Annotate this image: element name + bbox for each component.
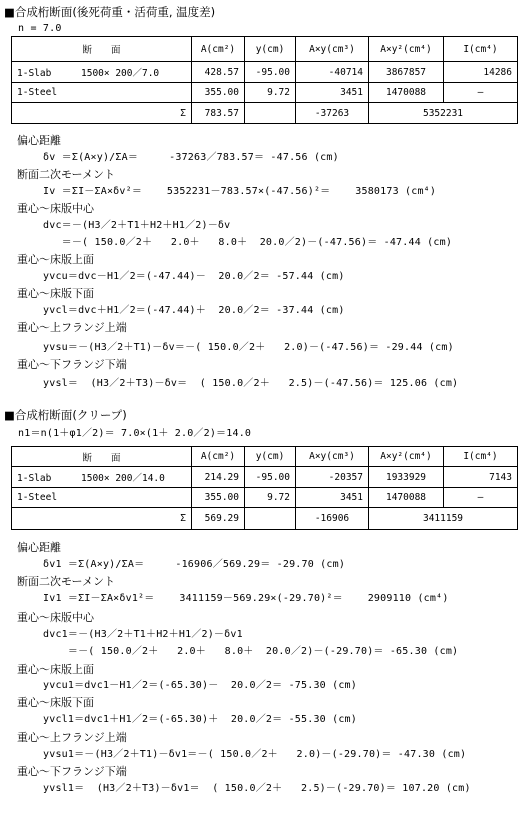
row-dimension: 1500× 200／14.0	[81, 473, 165, 484]
col-header-section: 断 面	[12, 447, 192, 467]
sum-area: 569.29	[192, 508, 245, 530]
calc-formula-slab-top: yvcu1＝dvc1－H1／2＝(-65.30)－ 20.0／2＝ -75.30…	[43, 679, 357, 693]
calc-formula-lower-flange: yvsl1＝ (H3／2＋T3)－δv1＝ ( 150.0／2＋ 2.5)－(-…	[43, 782, 471, 796]
sum-label: Σ	[12, 508, 192, 530]
section2-n1-value: n1＝n(1＋φ1／2)＝ 7.0×(1＋ 2.0／2)＝14.0	[18, 427, 251, 441]
row-ay: -40714	[296, 62, 369, 83]
row-ay2: 1470088	[369, 488, 444, 508]
calc-label-slab-center: 重心～床版中心	[17, 611, 94, 625]
row-name: 1-Slab	[17, 473, 81, 484]
calc-label-upper-flange: 重心～上フランジ上端	[17, 321, 127, 335]
row-ay: 3451	[296, 488, 369, 508]
sum-ay2-i: 3411159	[369, 508, 518, 530]
row-section-cell: 1-Slab1500× 200／14.0	[12, 467, 192, 488]
table-row: 1-Slab1500× 200／14.0 214.29 -95.00 -2035…	[12, 467, 518, 488]
col-header-section: 断 面	[12, 37, 192, 62]
calc-label-lower-flange: 重心～下フランジ下端	[17, 358, 127, 372]
row-y: 9.72	[245, 488, 296, 508]
col-header-area: A(cm²)	[192, 447, 245, 467]
row-section-cell: 1-Steel	[12, 488, 192, 508]
calc-formula-moment-of-inertia: Iv ＝ΣI－ΣA×δv²＝ 5352231－783.57×(-47.56)²＝…	[43, 185, 436, 199]
col-header-y: y(cm)	[245, 37, 296, 62]
sum-label: Σ	[12, 103, 192, 124]
calc-label-eccentricity: 偏心距離	[17, 134, 61, 148]
col-header-ay2: A×y²(cm⁴)	[369, 447, 444, 467]
col-header-ay: A×y(cm³)	[296, 37, 369, 62]
row-name: 1-Slab	[17, 68, 81, 79]
calc-formula-slab-top: yvcu＝dvc－H1／2＝(-47.44)－ 20.0／2＝ -57.44 (…	[43, 270, 345, 284]
calc-formula-slab-bottom: yvcl1＝dvc1＋H1／2＝(-65.30)＋ 20.0／2＝ -55.30…	[43, 713, 357, 727]
row-ay: 3451	[296, 83, 369, 103]
sum-area: 783.57	[192, 103, 245, 124]
calc-label-upper-flange: 重心～上フランジ上端	[17, 731, 127, 745]
sum-y	[245, 103, 296, 124]
calc-formula-lower-flange: yvsl＝ (H3／2＋T3)－δv＝ ( 150.0／2＋ 2.5)－(-47…	[43, 377, 458, 391]
table-row: 1-Steel 355.00 9.72 3451 1470088 —	[12, 488, 518, 508]
calc-label-slab-top: 重心～床版上面	[17, 663, 94, 677]
row-area: 355.00	[192, 83, 245, 103]
section1-n-value: n = 7.0	[18, 22, 62, 36]
row-dimension: 1500× 200／7.0	[81, 68, 159, 79]
calc-formula-slab-center-1: dvc1＝－(H3／2＋T1＋H2＋H1／2)－δv1	[43, 628, 243, 642]
row-area: 428.57	[192, 62, 245, 83]
calc-label-slab-bottom: 重心～床版下面	[17, 696, 94, 710]
calc-formula-upper-flange: yvsu1＝－(H3／2＋T1)－δv1＝－( 150.0／2＋ 2.0)－(-…	[43, 748, 466, 762]
row-ay: -20357	[296, 467, 369, 488]
row-section-cell: 1-Slab1500× 200／7.0	[12, 62, 192, 83]
sum-ay2-i: 5352231	[369, 103, 518, 124]
calc-label-slab-top: 重心～床版上面	[17, 253, 94, 267]
row-area: 355.00	[192, 488, 245, 508]
col-header-i: I(cm⁴)	[444, 37, 518, 62]
col-header-ay: A×y(cm³)	[296, 447, 369, 467]
calc-formula-moment-of-inertia: Iv1 ＝ΣI－ΣA×δv1²＝ 3411159－569.29×(-29.70)…	[43, 592, 449, 606]
row-ay2: 1933929	[369, 467, 444, 488]
calc-formula-slab-center-2: ＝－( 150.0／2＋ 2.0＋ 8.0＋ 20.0／2)－(-29.70)＝…	[43, 645, 458, 659]
row-name: 1-Steel	[17, 87, 81, 98]
row-y: -95.00	[245, 62, 296, 83]
section2-table: 断 面 A(cm²) y(cm) A×y(cm³) A×y²(cm⁴) I(cm…	[11, 446, 518, 530]
row-i: 7143	[444, 467, 518, 488]
col-header-y: y(cm)	[245, 447, 296, 467]
sum-ay: -37263	[296, 103, 369, 124]
calc-formula-upper-flange: yvsu＝－(H3／2＋T1)－δv＝－( 150.0／2＋ 2.0)－(-47…	[43, 341, 454, 355]
calc-label-slab-bottom: 重心～床版下面	[17, 287, 94, 301]
sum-ay: -16906	[296, 508, 369, 530]
col-header-ay2: A×y²(cm⁴)	[369, 37, 444, 62]
calc-formula-slab-bottom: yvcl＝dvc＋H1／2＝(-47.44)＋ 20.0／2＝ -37.44 (…	[43, 304, 345, 318]
section2-title: ■合成桁断面(クリープ)	[4, 408, 127, 422]
calc-label-moment-of-inertia: 断面二次モーメント	[17, 575, 115, 589]
sum-y	[245, 508, 296, 530]
calc-formula-slab-center-2: ＝－( 150.0／2＋ 2.0＋ 8.0＋ 20.0／2)－(-47.56)＝…	[43, 236, 452, 250]
table-row: 1-Slab1500× 200／7.0 428.57 -95.00 -40714…	[12, 62, 518, 83]
row-y: -95.00	[245, 467, 296, 488]
calc-label-lower-flange: 重心～下フランジ下端	[17, 765, 127, 779]
calc-label-slab-center: 重心～床版中心	[17, 202, 94, 216]
calc-label-eccentricity: 偏心距離	[17, 541, 61, 555]
table-sum-row: Σ 783.57 -37263 5352231	[12, 103, 518, 124]
row-section-cell: 1-Steel	[12, 83, 192, 103]
row-i: —	[444, 83, 518, 103]
table-header-row: 断 面 A(cm²) y(cm) A×y(cm³) A×y²(cm⁴) I(cm…	[12, 447, 518, 467]
calc-formula-slab-center-1: dvc＝－(H3／2＋T1＋H2＋H1／2)－δv	[43, 219, 230, 233]
row-name: 1-Steel	[17, 492, 81, 503]
col-header-area: A(cm²)	[192, 37, 245, 62]
calc-formula-eccentricity: δv1 ＝Σ(A×y)/ΣA＝ -16906／569.29＝ -29.70 (c…	[43, 558, 345, 572]
calc-formula-eccentricity: δv ＝Σ(A×y)/ΣA＝ -37263／783.57＝ -47.56 (cm…	[43, 151, 339, 165]
col-header-i: I(cm⁴)	[444, 447, 518, 467]
row-i: 14286	[444, 62, 518, 83]
row-ay2: 1470088	[369, 83, 444, 103]
section1-title: ■合成桁断面(後死荷重・活荷重, 温度差)	[4, 5, 215, 19]
row-i: —	[444, 488, 518, 508]
section1-table: 断 面 A(cm²) y(cm) A×y(cm³) A×y²(cm⁴) I(cm…	[11, 36, 518, 124]
calc-label-moment-of-inertia: 断面二次モーメント	[17, 168, 115, 182]
row-y: 9.72	[245, 83, 296, 103]
table-sum-row: Σ 569.29 -16906 3411159	[12, 508, 518, 530]
row-area: 214.29	[192, 467, 245, 488]
table-row: 1-Steel 355.00 9.72 3451 1470088 —	[12, 83, 518, 103]
table-header-row: 断 面 A(cm²) y(cm) A×y(cm³) A×y²(cm⁴) I(cm…	[12, 37, 518, 62]
row-ay2: 3867857	[369, 62, 444, 83]
